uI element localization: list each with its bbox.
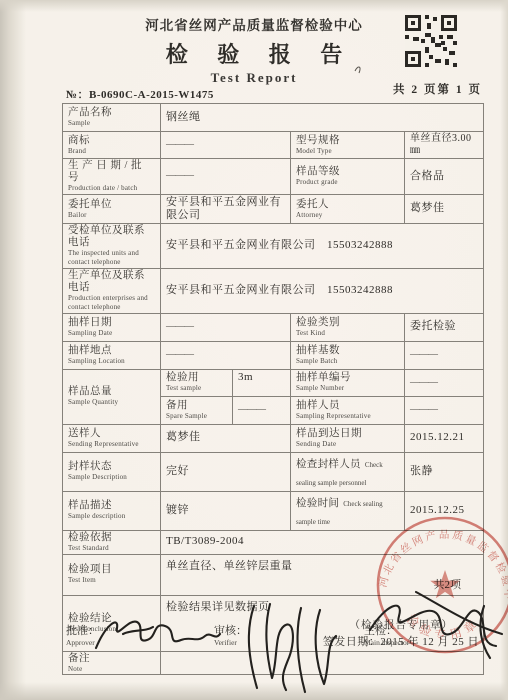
value-sample-desc: 镀锌 [161,491,291,530]
value-sample-batch: ——— [405,341,484,369]
value-sample: 钢丝绳 [161,104,484,132]
label-sample-desc: 样品描述Sample description [63,491,161,530]
label-sample: 产品名称Sample [63,104,161,132]
label-attorney: 委托人Attorney [291,194,405,223]
label-sample-quantity: 样品总量Sample Quantity [63,369,161,424]
label-sampling-date: 抽样日期Sampling Date [63,313,161,341]
table-row: 抽样日期Sampling Date ——— 检验类别Test Kind 委托检验 [63,313,484,341]
value-product-grade: 合格品 [405,159,484,195]
report-number: №：B-0690C-A-2015-W1475 [66,86,214,102]
value-production-date: ——— [161,159,291,195]
value-brand: ——— [161,132,291,159]
value-sending-date: 2015.12.21 [405,424,484,452]
value-sample-number: ——— [405,369,484,396]
label-test-kind: 检验类别Test Kind [291,313,405,341]
label-model-type: 型号规格Model Type [291,132,405,159]
value-seal-state: 完好 [161,452,291,491]
stamp-bottom-text: 检验专用章 [404,611,483,642]
value-spare-sample: ——— [233,396,291,424]
table-row: 生产单位及联系电话Production enterprises and cont… [63,268,484,313]
table-row: 封样状态Sample Description 完好 检查封样人员 Check s… [63,452,484,491]
value-sampling-location: ——— [161,341,291,369]
label-test-sample: 检验用Test sample [161,369,233,396]
label-seal-state: 封样状态Sample Description [63,452,161,491]
value-bailor: 安平县和平五金网业有限公司 [161,194,291,223]
value-test-sample: 3m [233,369,291,396]
scan-edge-top [0,0,508,12]
value-sending-rep: 葛梦佳 [161,424,291,452]
value-attorney: 葛梦佳 [405,194,484,223]
label-sample-number: 抽样单编号Sample Number [291,369,405,396]
label-check-personnel: 检查封样人员 Check sealing sample personnel [291,452,405,491]
scan-edge-left [0,0,26,700]
value-production-unit: 安平县和平五金网业有限公司 15503242888 [161,268,484,313]
label-bailor: 委托单位Bailor [63,194,161,223]
value-model-type: 单丝直径3.00㎜ [405,132,484,159]
value-test-kind: 委托检验 [405,313,484,341]
label-brand: 商标Brand [63,132,161,159]
table-row: 送样人Sending Representative 葛梦佳 样品到达日期Send… [63,424,484,452]
approver-label: 批准： Approver [66,622,99,647]
table-row: 抽样地点Sampling Location ——— 抽样基数Sample Bat… [63,341,484,369]
table-row: 生 产 日 期 / 批 号Production date / batch ———… [63,159,484,195]
label-sampling-location: 抽样地点Sampling Location [63,341,161,369]
star-icon [430,570,460,598]
label-inspected-unit: 受检单位及联系电话The inspected units and contact… [63,224,161,269]
conclusion-text: 检验结果详见数据页 [166,601,270,613]
label-product-grade: 样品等级Product grade [291,159,405,195]
table-row: 委托单位Bailor 安平县和平五金网业有限公司 委托人Attorney 葛梦佳 [63,194,484,223]
verifier-label: 审核： Verifier [214,622,247,647]
label-production-unit: 生产单位及联系电话Production enterprises and cont… [63,268,161,313]
table-row: 受检单位及联系电话The inspected units and contact… [63,224,484,269]
ink-smudge [352,62,364,76]
label-note: 备注Note [63,651,161,675]
label-spare-sample: 备用Spare Sample [161,396,233,424]
label-production-date: 生 产 日 期 / 批 号Production date / batch [63,159,161,195]
test-item-text: 单丝直径、单丝锌层重量 [166,560,293,572]
table-row: 样品总量Sample Quantity 检验用Test sample 3m 抽样… [63,369,484,396]
table-row: 产品名称Sample 钢丝绳 [63,104,484,132]
value-inspected-unit: 安平县和平五金网业有限公司 15503242888 [161,224,484,269]
label-sending-rep: 送样人Sending Representative [63,424,161,452]
label-test-item: 检验项目Test Item [63,554,161,595]
table-row: 商标Brand ——— 型号规格Model Type 单丝直径3.00㎜ [63,132,484,159]
official-stamp: 河北省丝网产品质量监督检验中心 检验专用章 [372,512,508,658]
scan-edge-bottom [0,682,508,700]
label-sample-batch: 抽样基数Sample Batch [291,341,405,369]
value-check-personnel: 张静 [405,452,484,491]
value-sampling-rep: ——— [405,396,484,424]
svg-text:检验专用章: 检验专用章 [404,611,483,642]
page-count: 共 2 页第 1 页 [393,81,482,97]
label-sampling-rep: 抽样人员Sampling Representative [291,396,405,424]
qr-code-icon [405,15,457,67]
label-test-standard: 检验依据Test Standard [63,530,161,554]
value-sampling-date: ——— [161,313,291,341]
label-sending-date: 样品到达日期Sending Date [291,424,405,452]
